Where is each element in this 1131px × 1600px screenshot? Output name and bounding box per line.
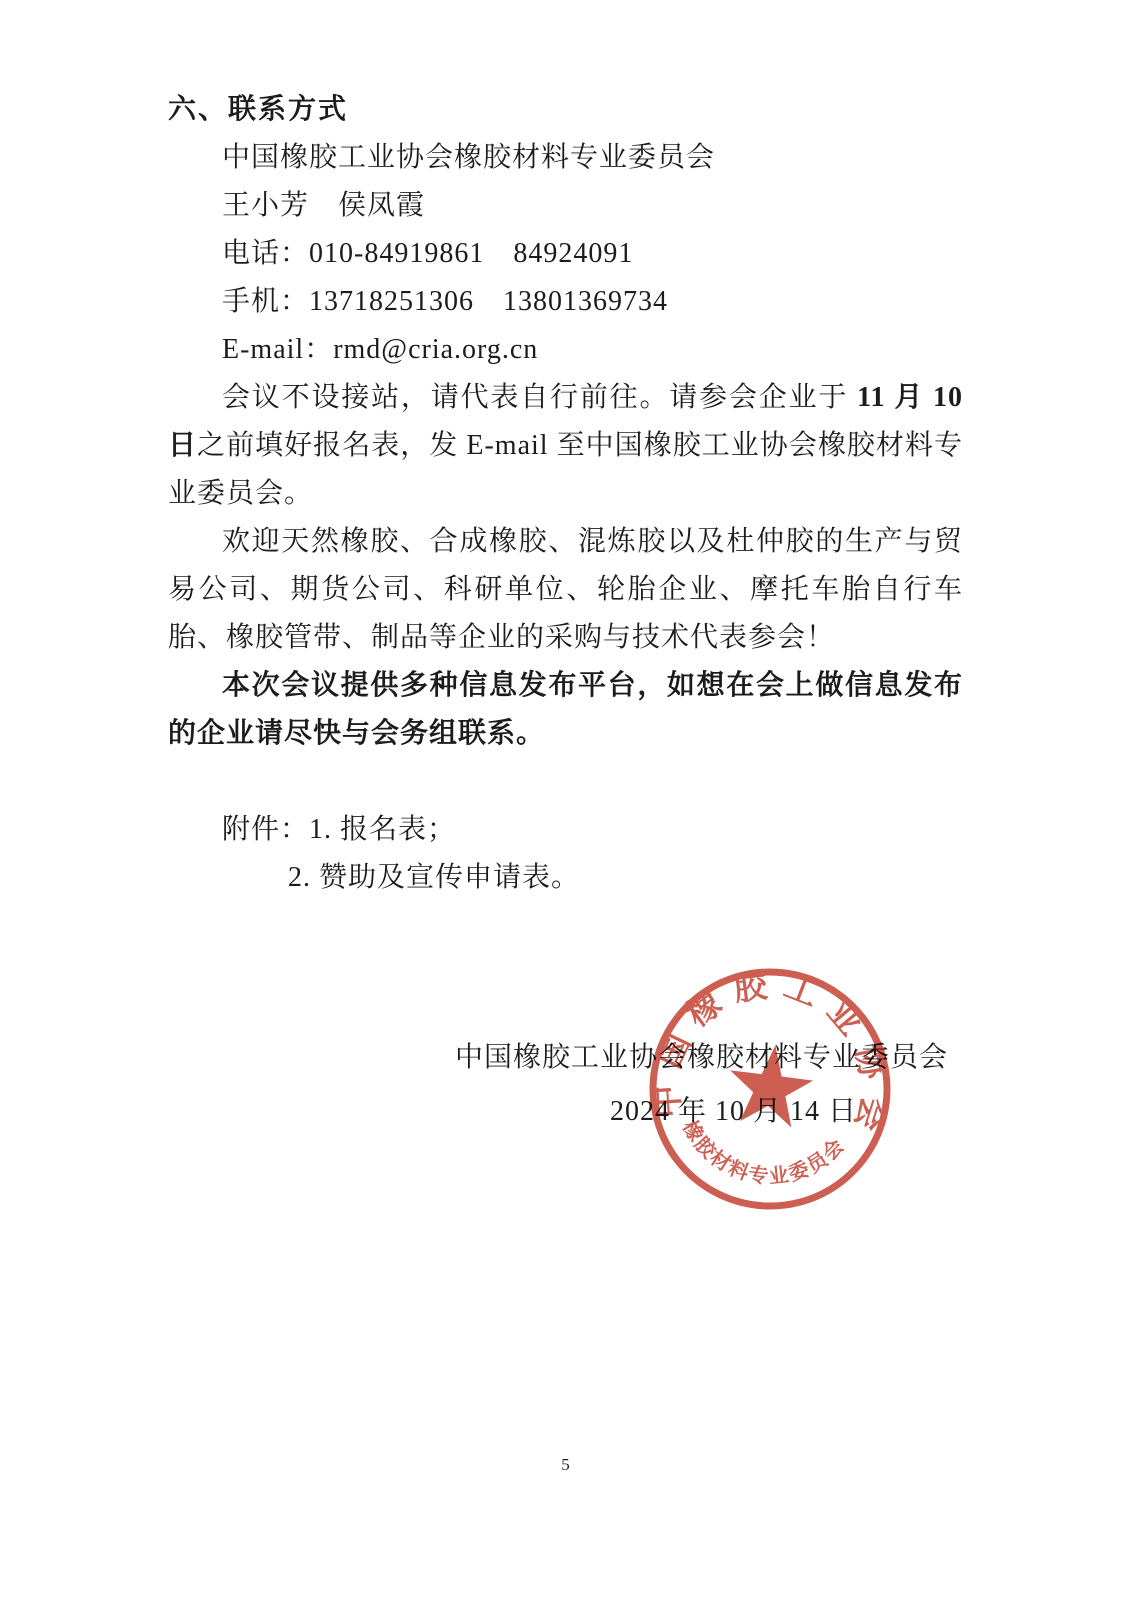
signature-organization: 中国橡胶工业协会橡胶材料专业委员会 bbox=[348, 1034, 948, 1082]
attachments-block: 附件：1. 报名表； 2. 赞助及宣传申请表。 bbox=[168, 806, 963, 902]
paragraph-info-platform: 本次会议提供多种信息发布平台，如想在会上做信息发布的企业请尽快与会务组联系。 bbox=[168, 662, 963, 758]
paragraph-meeting-logistics: 会议不设接站，请代表自行前往。请参会企业于 11 月 10 日之前填好报名表，发… bbox=[168, 374, 963, 518]
attachment-item-1: 附件：1. 报名表； bbox=[168, 806, 963, 854]
document-page: 六、联系方式 中国橡胶工业协会橡胶材料专业委员会 王小芳 侯凤霞 电话：010-… bbox=[0, 0, 1131, 1600]
page-number: 5 bbox=[0, 1455, 1131, 1475]
contact-org-line: 中国橡胶工业协会橡胶材料专业委员会 bbox=[168, 134, 963, 182]
signature-block: 中国橡胶工业协会橡胶材料专业委员会 2024 年 10 月 14 日 bbox=[348, 1034, 948, 1136]
contact-mobile-line: 手机：13718251306 13801369734 bbox=[168, 278, 963, 326]
section-heading: 六、联系方式 bbox=[168, 86, 963, 134]
paragraph-welcome: 欢迎天然橡胶、合成橡胶、混炼胶以及杜仲胶的生产与贸易公司、期货公司、科研单位、轮… bbox=[168, 518, 963, 662]
meeting-text-lead: 会议不设接站，请代表自行前往。请参会企业于 bbox=[222, 382, 857, 413]
signature-date: 2024 年 10 月 14 日 bbox=[348, 1088, 948, 1136]
attachment-item-2: 2. 赞助及宣传申请表。 bbox=[168, 854, 963, 902]
document-body: 六、联系方式 中国橡胶工业协会橡胶材料专业委员会 王小芳 侯凤霞 电话：010-… bbox=[168, 86, 963, 902]
contact-phone-line: 电话：010-84919861 84924091 bbox=[168, 230, 963, 278]
contact-names-line: 王小芳 侯凤霞 bbox=[168, 182, 963, 230]
contact-email-line: E-mail：rmd@cria.org.cn bbox=[168, 326, 963, 374]
meeting-text-tail: 之前填好报名表，发 E-mail 至中国橡胶工业协会橡胶材料专业委员会。 bbox=[168, 430, 963, 509]
